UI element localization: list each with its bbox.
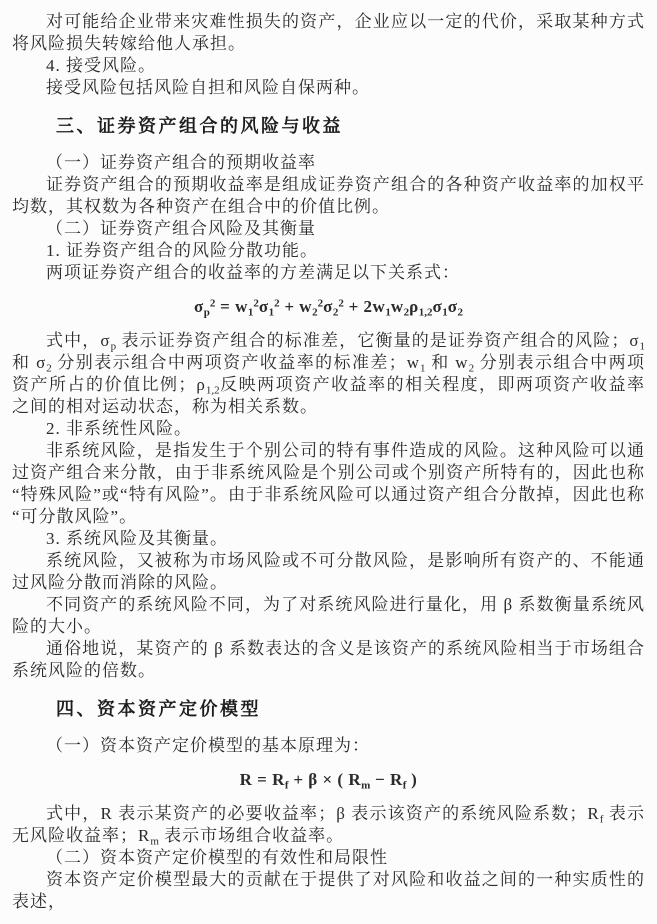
subsection-heading: （一）资本资产定价模型的基本原理为：: [12, 735, 645, 757]
body-paragraph: 两项证券资产组合的收益率的方差满足以下关系式：: [12, 262, 645, 284]
numbered-item: 4. 接受风险。: [12, 55, 645, 77]
body-paragraph: 证券资产组合的预期收益率是组成证券资产组合的各种资产收益率的加权平均数，其权数为…: [12, 174, 645, 218]
section-heading-portfolio-risk-return: 三、证券资产组合的风险与收益: [12, 114, 645, 138]
subsection-heading: （一）证券资产组合的预期收益率: [12, 152, 645, 174]
subsection-heading: （二）资本资产定价模型的有效性和局限性: [12, 847, 645, 869]
section-heading-capm: 四、资本资产定价模型: [12, 697, 645, 721]
numbered-item: 1. 证券资产组合的风险分散功能。: [12, 240, 645, 262]
body-paragraph: 通俗地说，某资产的 β 系数表达的含义是该资产的系统风险相当于市场组合系统风险的…: [12, 638, 645, 682]
subsection-heading: （二）证券资产组合风险及其衡量: [12, 218, 645, 240]
document-page: 对可能给企业带来灾难性损失的资产，企业应以一定的代价，采取某种方式将风险损失转嫁…: [0, 0, 657, 924]
body-paragraph: 式中，σp 表示证券资产组合的标准差，它衡量的是证券资产组合的风险；σ1 和 σ…: [12, 330, 645, 418]
body-paragraph: 接受风险包括风险自担和风险自保两种。: [12, 77, 645, 99]
numbered-item: 2. 非系统性风险。: [12, 418, 645, 440]
body-paragraph: 对可能给企业带来灾难性损失的资产，企业应以一定的代价，采取某种方式将风险损失转嫁…: [12, 11, 645, 55]
body-paragraph: 资本资产定价模型最大的贡献在于提供了对风险和收益之间的一种实质性的表述，: [12, 869, 645, 913]
portfolio-variance-formula: σp2 = w12σ12 + w22σ22 + 2w1w2ρ1,2σ1σ2: [12, 296, 645, 318]
body-paragraph: 式中，R 表示某资产的必要收益率；β 表示该资产的系统风险系数；Rf 表示无风险…: [12, 803, 645, 847]
capm-formula: R = Rf + β × ( Rm − Rf ): [12, 769, 645, 791]
body-paragraph: 系统风险，又被称为市场风险或不可分散风险，是影响所有资产的、不能通过风险分散而消…: [12, 550, 645, 594]
body-paragraph: 非系统风险，是指发生于个别公司的特有事件造成的风险。这种风险可以通过资产组合来分…: [12, 440, 645, 528]
body-paragraph: 不同资产的系统风险不同，为了对系统风险进行量化，用 β 系数衡量系统风险的大小。: [12, 594, 645, 638]
numbered-item: 3. 系统风险及其衡量。: [12, 528, 645, 550]
